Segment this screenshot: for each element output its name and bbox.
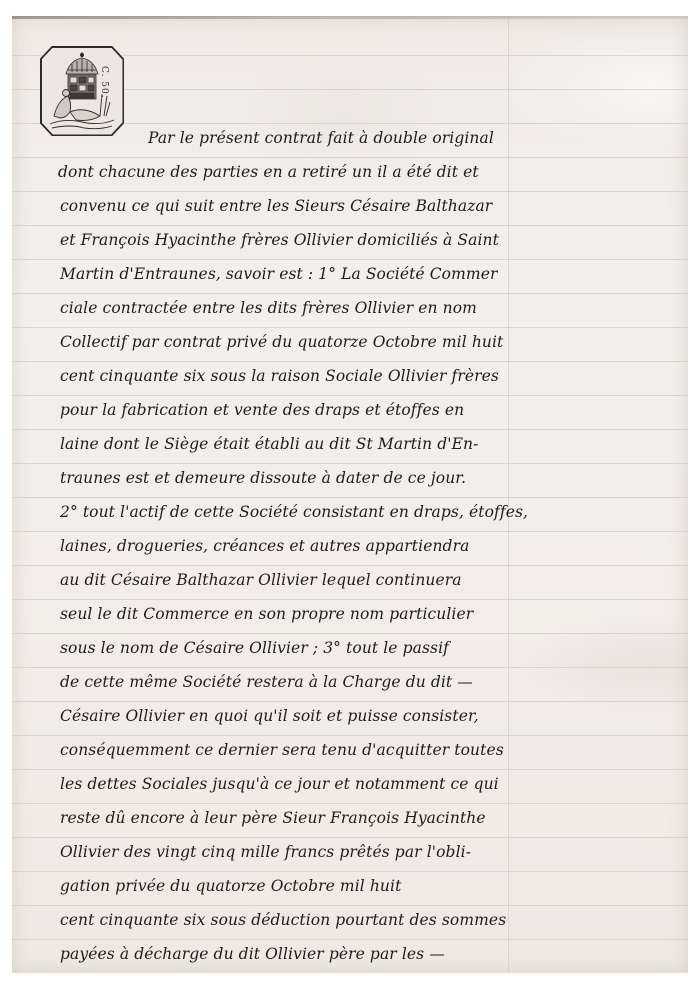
- text-line: seul le dit Commerce en son propre nom p…: [60, 604, 473, 624]
- text-line: conséquemment ce dernier sera tenu d'acq…: [60, 740, 504, 760]
- text-line: laines, drogueries, créances et autres a…: [60, 536, 469, 556]
- text-line: reste dû encore à leur père Sieur Franço…: [60, 808, 486, 828]
- text-line: Par le présent contrat fait à double ori…: [148, 128, 494, 148]
- handwritten-text: Par le présent contrat fait à double ori…: [0, 0, 700, 990]
- text-line: ciale contractée entre les dits frères O…: [60, 298, 477, 318]
- text-line: au dit Césaire Balthazar Ollivier lequel…: [60, 570, 462, 590]
- text-line: dont chacune des parties en a retiré un …: [58, 162, 479, 182]
- text-line: traunes est et demeure dissoute à dater …: [60, 468, 466, 488]
- text-line: de cette même Société restera à la Charg…: [60, 672, 473, 692]
- text-line: 2° tout l'actif de cette Société consist…: [60, 502, 528, 522]
- text-line: laine dont le Siège était établi au dit …: [60, 434, 478, 454]
- text-line: payées à décharge du dit Ollivier père p…: [60, 944, 445, 964]
- text-line: pour la fabrication et vente des draps e…: [60, 400, 464, 420]
- text-line: cent cinquante six sous déduction pourta…: [60, 910, 506, 930]
- text-line: gation privée du quatorze Octobre mil hu…: [60, 876, 401, 896]
- text-line: et François Hyacinthe frères Ollivier do…: [60, 230, 499, 250]
- text-line: cent cinquante six sous la raison Social…: [60, 366, 499, 386]
- text-line: convenu ce qui suit entre les Sieurs Cés…: [60, 196, 492, 216]
- text-line: Césaire Ollivier en quoi qu'il soit et p…: [60, 706, 479, 726]
- text-line: Ollivier des vingt cinq mille francs prê…: [60, 842, 471, 862]
- text-line: Collectif par contrat privé du quatorze …: [60, 332, 503, 352]
- text-line: les dettes Sociales jusqu'à ce jour et n…: [60, 774, 499, 794]
- text-line: sous le nom de Césaire Ollivier ; 3° tou…: [60, 638, 449, 658]
- text-line: Martin d'Entraunes, savoir est : 1° La S…: [60, 264, 498, 284]
